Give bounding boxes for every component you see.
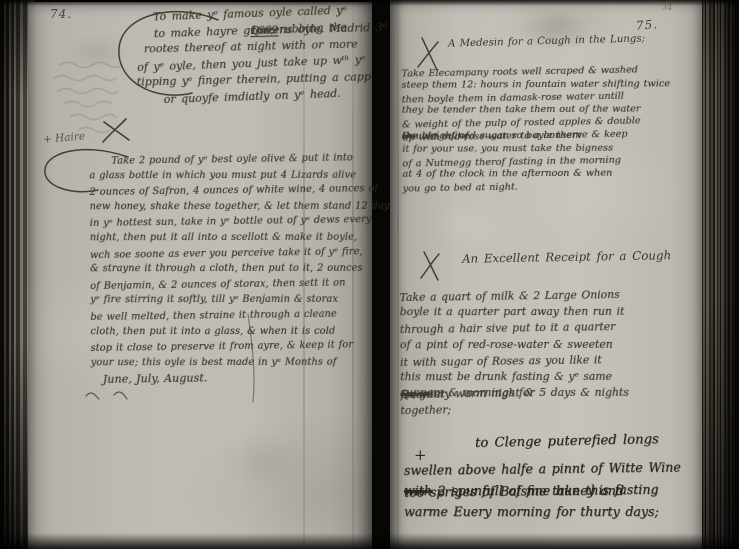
corner-mark: 34: [662, 3, 672, 12]
page-number-right: 75.: [636, 17, 659, 33]
recipe-heading-clense-lungs: to Clenge puterefied longs: [475, 432, 659, 451]
manuscript-photo: 74. To make yᵉ famous oyle called yᵉQuee…: [0, 0, 739, 549]
manuscript-line: Take 2 pound of yᵉ best oyle olive & put…: [89, 150, 385, 170]
margin-note-haire: + Haire: [43, 130, 86, 146]
x-mark-icon: [420, 250, 442, 282]
paper-stain: [218, 432, 308, 492]
recipe-heading-medesin: A Medesin for a Cough in the Lungs;: [448, 33, 645, 49]
manuscript-line: through a hair sive put to it a quarter: [400, 318, 700, 338]
manuscript-line: this must be drunk fasting & yᵉ same: [400, 369, 700, 386]
recipe-body-clense-lungs: swellen above halfe a pinnt of Witte Win…: [404, 457, 702, 523]
pen-stroke: [244, 314, 260, 402]
recipe-body-excellent-receipt: Take a quart of milk & 2 Large Onionsboy…: [400, 287, 701, 419]
recipe-body-medesin: Take Elecampany roots well scraped & was…: [401, 64, 696, 195]
book-page-edges-right: [700, 0, 739, 549]
manuscript-line: together;: [400, 399, 700, 419]
left-page: 74. To make yᵉ famous oyle called yᵉQuee…: [28, 2, 372, 549]
recipe-body-queens-oyle: Take 2 pound of yᵉ best oyle olive & put…: [89, 151, 387, 387]
manuscript-line: be well melted, then straine it through …: [90, 306, 386, 326]
show-through-script: [34, 60, 124, 140]
page-number-left: 74.: [50, 7, 72, 21]
paper-stain: [430, 200, 510, 250]
recipe-heading-excellent-receipt: An Excellent Receipt for a Cough: [462, 248, 671, 266]
end-flourish-marks: [84, 388, 144, 402]
manuscript-line: June, July, August.: [91, 368, 387, 388]
right-page: 34 75. A Medesin for a Cough in the Lung…: [390, 0, 702, 549]
manuscript-line: warme Euery morning for thurty days;: [404, 501, 702, 523]
manuscript-line: too spriges of Balsme take this fasting: [404, 478, 702, 503]
manuscript-line: swellen above halfe a pinnt of Witte Win…: [404, 456, 702, 481]
page-crease: [397, 0, 399, 549]
manuscript-line: night, then put it all into a scellott &…: [90, 230, 386, 246]
manuscript-line: stop it close to preserve it from ayre, …: [90, 337, 386, 357]
recipe-title-queens-oyle: To make yᵉ famous oyle called yᵉQueens o…: [135, 3, 368, 108]
